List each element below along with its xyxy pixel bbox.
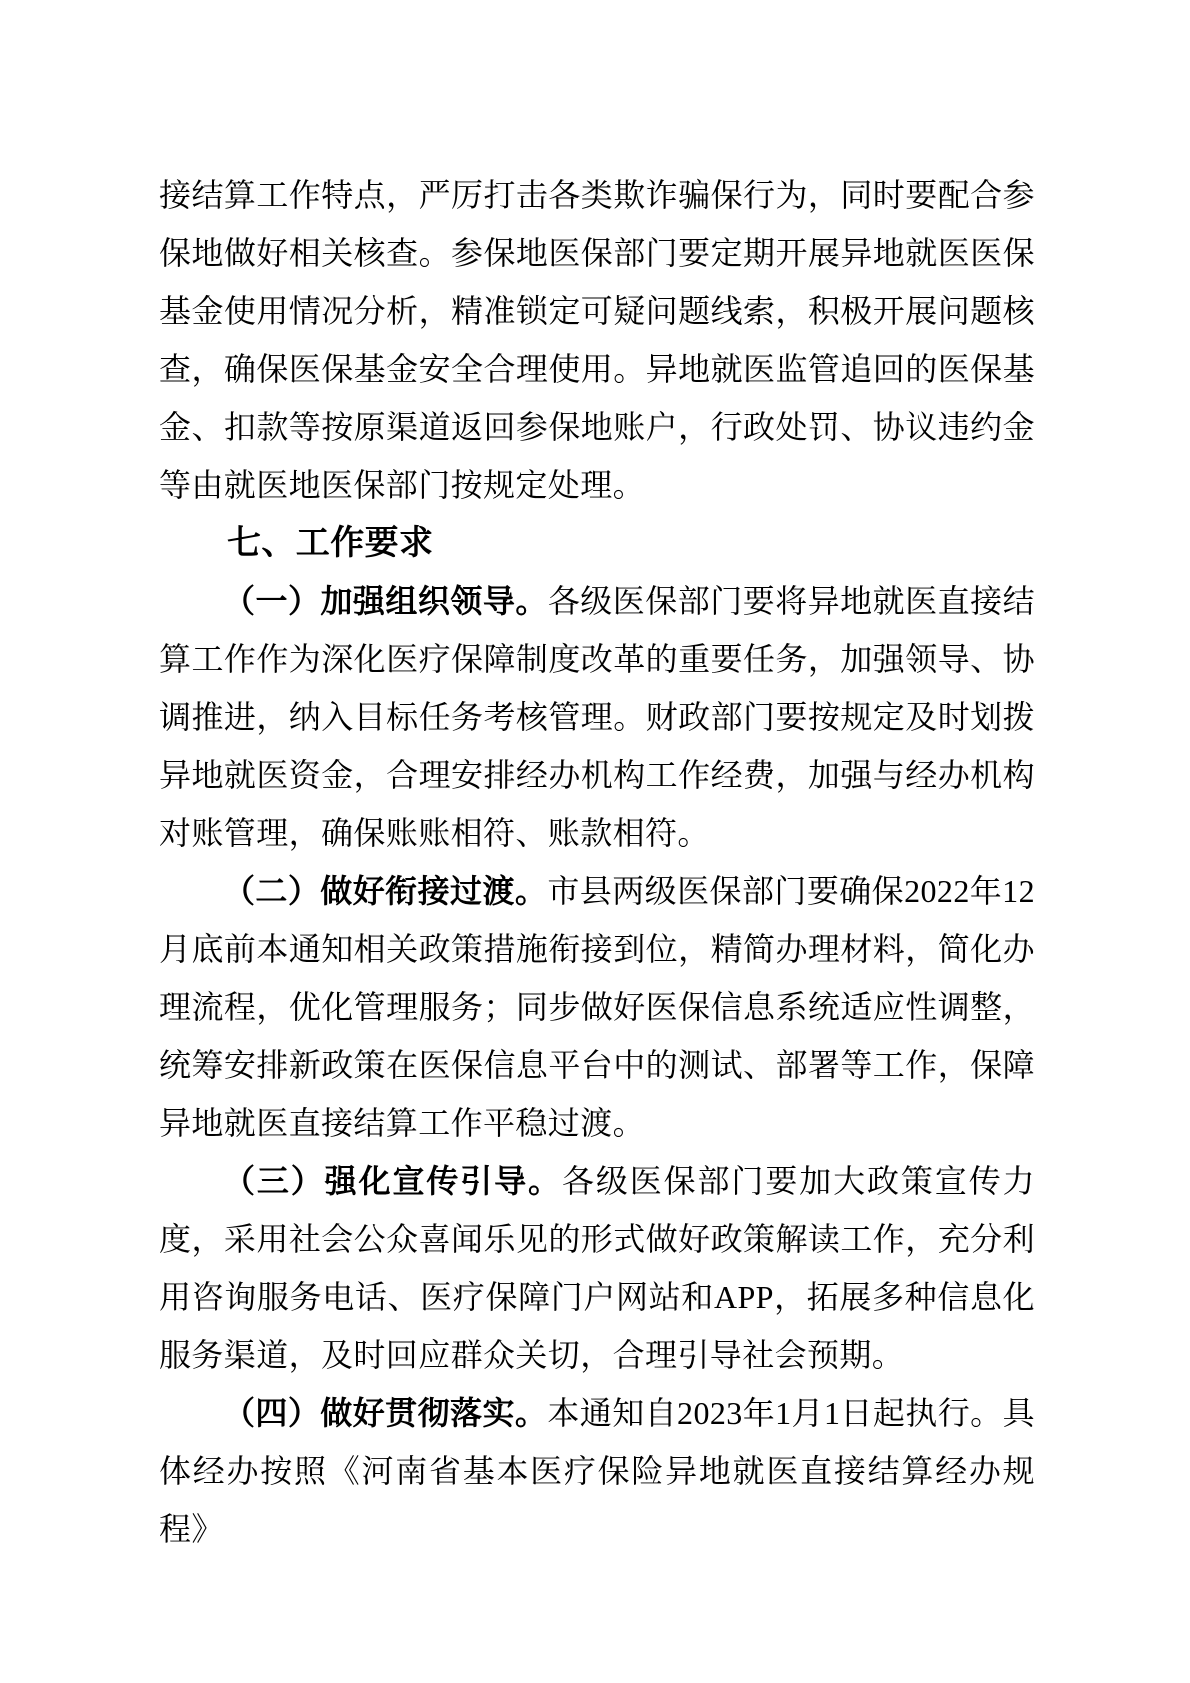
item-lead-3: （三）强化宣传引导。 bbox=[223, 1163, 562, 1199]
paragraph-continuation: 接结算工作特点，严厉打击各类欺诈骗保行为，同时要配合参保地做好相关核查。参保地医… bbox=[159, 166, 1035, 514]
item-paragraph-2: （二）做好衔接过渡。市县两级医保部门要确保2022年12月底前本通知相关政策措施… bbox=[159, 862, 1035, 1152]
document-content: 接结算工作特点，严厉打击各类欺诈骗保行为，同时要配合参保地做好相关核查。参保地医… bbox=[159, 166, 1035, 1558]
item-lead-1: （一）加强组织领导。 bbox=[223, 583, 548, 619]
item-lead-2: （二）做好衔接过渡。 bbox=[223, 873, 547, 909]
item-paragraph-1: （一）加强组织领导。各级医保部门要将异地就医直接结算工作作为深化医疗保障制度改革… bbox=[159, 572, 1035, 862]
item-paragraph-4: （四）做好贯彻落实。本通知自2023年1月1日起执行。具体经办按照《河南省基本医… bbox=[159, 1384, 1035, 1558]
paragraph-text: 接结算工作特点，严厉打击各类欺诈骗保行为，同时要配合参保地做好相关核查。参保地医… bbox=[159, 177, 1035, 503]
item-paragraph-3: （三）强化宣传引导。各级医保部门要加大政策宣传力度，采用社会公众喜闻乐见的形式做… bbox=[159, 1152, 1035, 1384]
document-page: 接结算工作特点，严厉打击各类欺诈骗保行为，同时要配合参保地做好相关核查。参保地医… bbox=[0, 0, 1190, 1683]
section-heading: 七、工作要求 bbox=[159, 514, 1035, 572]
item-text-1: 各级医保部门要将异地就医直接结算工作作为深化医疗保障制度改革的重要任务，加强领导… bbox=[159, 583, 1035, 851]
item-text-2: 市县两级医保部门要确保2022年12月底前本通知相关政策措施衔接到位，精简办理材… bbox=[159, 873, 1035, 1141]
item-lead-4: （四）做好贯彻落实。 bbox=[223, 1395, 547, 1431]
